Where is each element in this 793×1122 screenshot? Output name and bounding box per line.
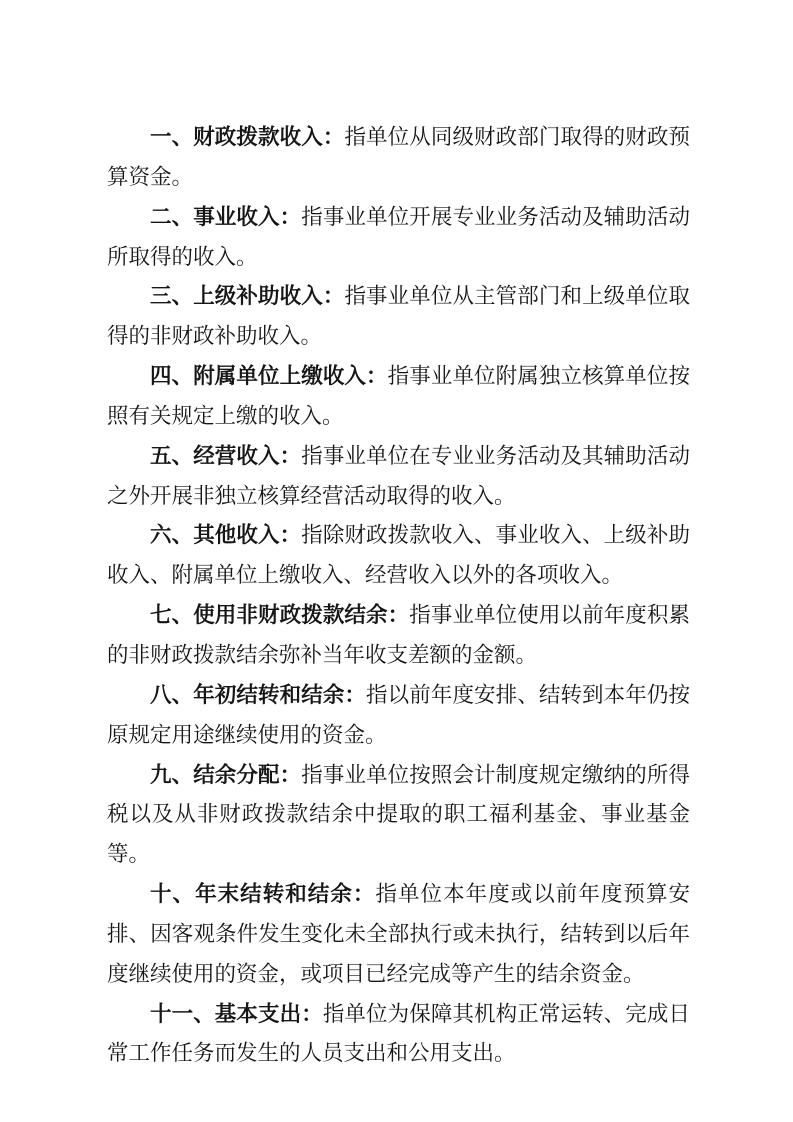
definition-paragraph: 十一、基本支出：指单位为保障其机构正常运转、完成日常工作任务而发生的人员支出和公…: [107, 995, 690, 1075]
term-label: 十一、基本支出：: [150, 1002, 323, 1026]
definition-paragraph: 二、事业收入：指事业单位开展专业业务活动及辅助活动所取得的收入。: [107, 198, 690, 278]
term-label: 三、上级补助收入：: [150, 284, 344, 308]
term-label: 九、结余分配：: [150, 763, 301, 787]
term-label: 十、年末结转和结余：: [150, 882, 375, 906]
term-label: 六、其他收入：: [150, 523, 301, 547]
term-label: 七、使用非财政拨款结余：: [150, 603, 409, 627]
definition-paragraph: 八、年初结转和结余：指以前年度安排、结转到本年仍按原规定用途继续使用的资金。: [107, 676, 690, 756]
term-label: 一、财政拨款收入：: [150, 125, 344, 149]
definition-paragraph: 一、财政拨款收入：指单位从同级财政部门取得的财政预算资金。: [107, 118, 690, 198]
definition-paragraph: 六、其他收入：指除财政拨款收入、事业收入、上级补助收入、附属单位上缴收入、经营收…: [107, 516, 690, 596]
definition-paragraph: 十、年末结转和结余：指单位本年度或以前年度预算安排、因客观条件发生变化未全部执行…: [107, 875, 690, 995]
definition-paragraph: 四、附属单位上缴收入：指事业单位附属独立核算单位按照有关规定上缴的收入。: [107, 357, 690, 437]
document-body: 一、财政拨款收入：指单位从同级财政部门取得的财政预算资金。 二、事业收入：指事业…: [107, 118, 690, 1074]
definition-paragraph: 九、结余分配：指事业单位按照会计制度规定缴纳的所得税以及从非财政拨款结余中提取的…: [107, 756, 690, 876]
definition-paragraph: 五、经营收入：指事业单位在专业业务活动及其辅助活动之外开展非独立核算经营活动取得…: [107, 437, 690, 517]
document-page: 一、财政拨款收入：指单位从同级财政部门取得的财政预算资金。 二、事业收入：指事业…: [0, 0, 793, 1122]
term-label: 二、事业收入：: [150, 205, 301, 229]
definition-paragraph: 三、上级补助收入：指事业单位从主管部门和上级单位取得的非财政补助收入。: [107, 277, 690, 357]
definition-paragraph: 七、使用非财政拨款结余：指事业单位使用以前年度积累的非财政拨款结余弥补当年收支差…: [107, 596, 690, 676]
term-label: 八、年初结转和结余：: [150, 683, 366, 707]
term-label: 五、经营收入：: [150, 444, 301, 468]
term-label: 四、附属单位上缴收入：: [150, 364, 388, 388]
